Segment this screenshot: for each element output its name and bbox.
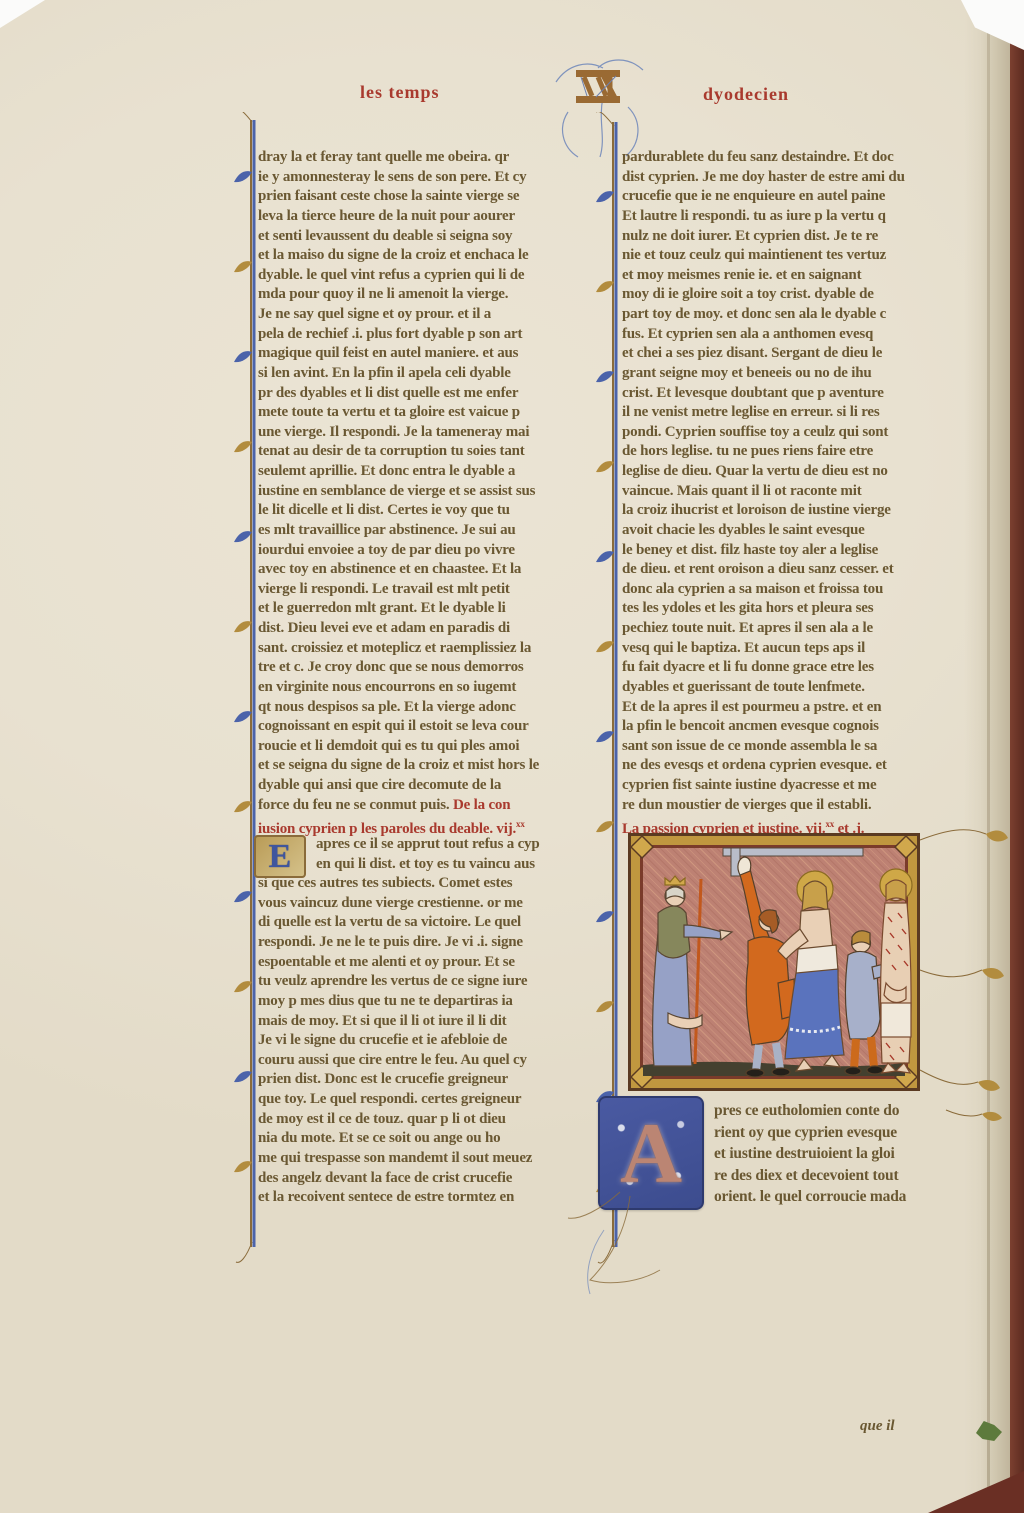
text-line: la pfin le bencoit ancmen evesque cognoi… (622, 717, 950, 737)
text-line: dyable qui ansi que cire decomute de la (258, 776, 590, 796)
text-line: mais de moy. Et si que il li ot iure il … (258, 1012, 590, 1032)
text-line: Et de la apres il est pourmeu a pstre. e… (622, 698, 950, 718)
text-line: ne des evesqs et ordena cyprien evesque.… (622, 756, 950, 776)
text-line: Et lautre li respondi. tu as iure p la v… (622, 207, 950, 227)
text-line: et la recoivent sentece de estre tormtez… (258, 1188, 590, 1208)
text-line: me qui trespasse son mandemt il sout meu… (258, 1149, 590, 1169)
decorated-initial-e: E (254, 835, 306, 878)
text-line: qt nous despisos sa ple. Et la vierge ad… (258, 698, 590, 718)
ivy-sprigs-right-margin (916, 820, 1020, 1130)
text-line: rient oy que cyprien evesque (714, 1122, 954, 1144)
text-line: tu veulz aprendre les vertus de ce signe… (258, 972, 590, 992)
text-line: sant. croissiez et moteplicz et raemplis… (258, 639, 590, 659)
text-line: dyable. le quel vint refus a cyprien qui… (258, 266, 590, 286)
text-line: moy p mes dius que tu ne te departiras i… (258, 992, 590, 1012)
catchword: que il (860, 1418, 895, 1435)
pen-flourish (560, 1190, 760, 1320)
text-column-2: pardurablete du feu sanz destaindre. Et … (622, 148, 950, 835)
binding-cover-edge (1010, 0, 1024, 1513)
text-line: apres ce il se apprut tout refus a cyp (258, 835, 590, 855)
text-line: des angelz devant la face de crist cruce… (258, 1169, 590, 1189)
text-line: dist cyprien. Je me doy haster de estre … (622, 168, 950, 188)
initial-letter: A (620, 1110, 682, 1196)
text-line: crist. Et levesque doubtant que p aventu… (622, 384, 950, 404)
text-line: en qui li dist. et toy es tu vaincu aus (258, 855, 590, 875)
text-line: re des diex et decevoient tout (714, 1165, 954, 1187)
text-line: leglise de dieu. Quar la vertu de dieu e… (622, 462, 950, 482)
text-line: sant son issue de ce monde assembla le s… (622, 737, 950, 757)
text-line: dray la et feray tant quelle me obeira. … (258, 148, 590, 168)
text-line: iourdui envoiee a toy de par dieu po viv… (258, 541, 590, 561)
text-line: en virginite nous encourrons en so iugem… (258, 678, 590, 698)
text-line: mda pour quoy il ne li amenoit la vierge… (258, 285, 590, 305)
text-line: de hors leglise. tu ne pues riens faire … (622, 442, 950, 462)
text-line: pela de rechief .i. plus fort dyable p s… (258, 325, 590, 345)
text-line: iusion cyprien p les paroles du deable. … (258, 815, 590, 835)
miniature-martyrdom-scene (628, 833, 920, 1091)
text-line: de moy est il ce de touz. quar p li ot d… (258, 1110, 590, 1130)
text-line: vous vaincuz dune vierge crestienne. or … (258, 894, 590, 914)
text-line: pres ce eutholomien conte do (714, 1100, 954, 1122)
photo-background: les temps dyodecien (0, 0, 1024, 1513)
text-column-1: dray la et feray tant quelle me obeira. … (258, 148, 590, 1208)
text-line: nulz ne doit iurer. Et cyprien dist. Je … (622, 227, 950, 247)
text-line: magique quil feist en autel maniere. et … (258, 344, 590, 364)
text-line: leva la tierce heure de la nuit pour aou… (258, 207, 590, 227)
text-line: pr des dyables et li dist quelle est me … (258, 384, 590, 404)
text-line: iustine en semblance de vierge et se ass… (258, 482, 590, 502)
text-line: di quelle est la vertu de sa victoire. L… (258, 913, 590, 933)
text-line: es mlt travaillice par abstinence. Je su… (258, 521, 590, 541)
text-line: force du feu ne se conmut puis. De la co… (258, 796, 590, 816)
text-line: espoentable et me alenti et oy prour. Et… (258, 953, 590, 973)
text-line: mete toute ta vertu et ta gloire est vai… (258, 403, 590, 423)
text-line: pardurablete du feu sanz destaindre. Et … (622, 148, 950, 168)
text-line: re dun moustier de vierges que il establ… (622, 796, 950, 816)
running-title-right: dyodecien (703, 84, 789, 105)
text-line: nie et touz ceulz qui maintienent tes ve… (622, 246, 950, 266)
text-line: une vierge. Il respondi. Je la tameneray… (258, 423, 590, 443)
text-line: tre et c. Je croy donc que se nous demor… (258, 658, 590, 678)
text-line: et le guerredon mlt grant. Et le dyable … (258, 599, 590, 619)
text-line: dyables et guerissant de toute lenfmete. (622, 678, 950, 698)
text-line: pechiez toute nuit. Et apres il sen ala … (622, 619, 950, 639)
text-line: fu fait dyacre et li fu donne grace etre… (622, 658, 950, 678)
text-line: et moy meismes renie ie. et en saignant (622, 266, 950, 286)
text-line: vierge li respondi. Le travail est mlt p… (258, 580, 590, 600)
text-line: et iustine destruioient la gloi (714, 1143, 954, 1165)
text-line: et senti levaussent du deable si seigna … (258, 227, 590, 247)
text-line: cyprien fist sainte iustine dyacresse et… (622, 776, 950, 796)
text-line: avec toy en abstinence et en chaastee. E… (258, 560, 590, 580)
text-line: prien dist. Donc est le crucefie greigne… (258, 1070, 590, 1090)
text-line: dist. Dieu levei eve et adam en paradis … (258, 619, 590, 639)
text-line: de dieu. et rent oroison a dieu sanz ces… (622, 560, 950, 580)
text-line: avoit chacie les dyables le saint evesqu… (622, 521, 950, 541)
text-line: grant seigne moy et beneeis ou no de ihu (622, 364, 950, 384)
text-line: crucefie que ie ne enquieure en autel pa… (622, 187, 950, 207)
text-line: moy di ie gloire soit a toy crist. dyabl… (622, 285, 950, 305)
text-line: si que ces autres tes subiects. Comet es… (258, 874, 590, 894)
text-line: La passion cyprien et iustine. vij.xx et… (622, 815, 950, 835)
text-line: la croiz ihucrist et loroison de iustine… (622, 501, 950, 521)
text-line: et se seigna du signe de la croiz et mis… (258, 756, 590, 776)
text-line: pondi. Cyprien souffise toy a ceulz qui … (622, 423, 950, 443)
page-edge-crease (987, 0, 990, 1513)
text-line: et la maiso du signe de la croiz et ench… (258, 246, 590, 266)
text-line: respondi. Je ne le te puis dire. Je vi .… (258, 933, 590, 953)
text-line: couru aussi que cire entre le feu. Au qu… (258, 1051, 590, 1071)
text-line: Je vi le signe du crucefie et ie afebloi… (258, 1031, 590, 1051)
text-line: si len avint. En la pfin il apela celi d… (258, 364, 590, 384)
text-line: Je ne say quel signe et oy prour. et il … (258, 305, 590, 325)
initial-letter: E (269, 840, 292, 874)
text-line: roucie et li demdoit qui es tu qui ples … (258, 737, 590, 757)
text-line: vesq qui le baptiza. Et aucun teps aps i… (622, 639, 950, 659)
text-line: vaincue. Mais quant il li ot raconte mit (622, 482, 950, 502)
text-line: que toy. Le quel respondi. certes greign… (258, 1090, 590, 1110)
text-line: cognoissant en espit qui il estoit se le… (258, 717, 590, 737)
text-line: ie y amonnesteray le sens de son pere. E… (258, 168, 590, 188)
text-line: donc ala cyprien a sa maison et froissa … (622, 580, 950, 600)
text-line: seulemt aprillie. Et donc entra le dyabl… (258, 462, 590, 482)
text-line: prien faisant ceste chose la sainte vier… (258, 187, 590, 207)
text-line: part toy de moy. et donc sen ala le dyab… (622, 305, 950, 325)
text-line: le lit dicelle et li dist. Certes ie voy… (258, 501, 590, 521)
text-line: et chei a ses piez disant. Sergant de di… (622, 344, 950, 364)
running-title-left: les temps (360, 82, 440, 103)
text-line: le beney et dist. filz haste toy aler a … (622, 541, 950, 561)
text-line: il ne venist metre leglise en erreur. si… (622, 403, 950, 423)
text-line: nia du mote. Et se ce soit ou ange ou ho (258, 1129, 590, 1149)
text-line: tes les ydoles et les gita hors et pleur… (622, 599, 950, 619)
text-line: tenat au desir de ta corruption tu soies… (258, 442, 590, 462)
bar-border-left (234, 112, 260, 1272)
text-line: fus. Et cyprien sen ala a anthomen evesq (622, 325, 950, 345)
